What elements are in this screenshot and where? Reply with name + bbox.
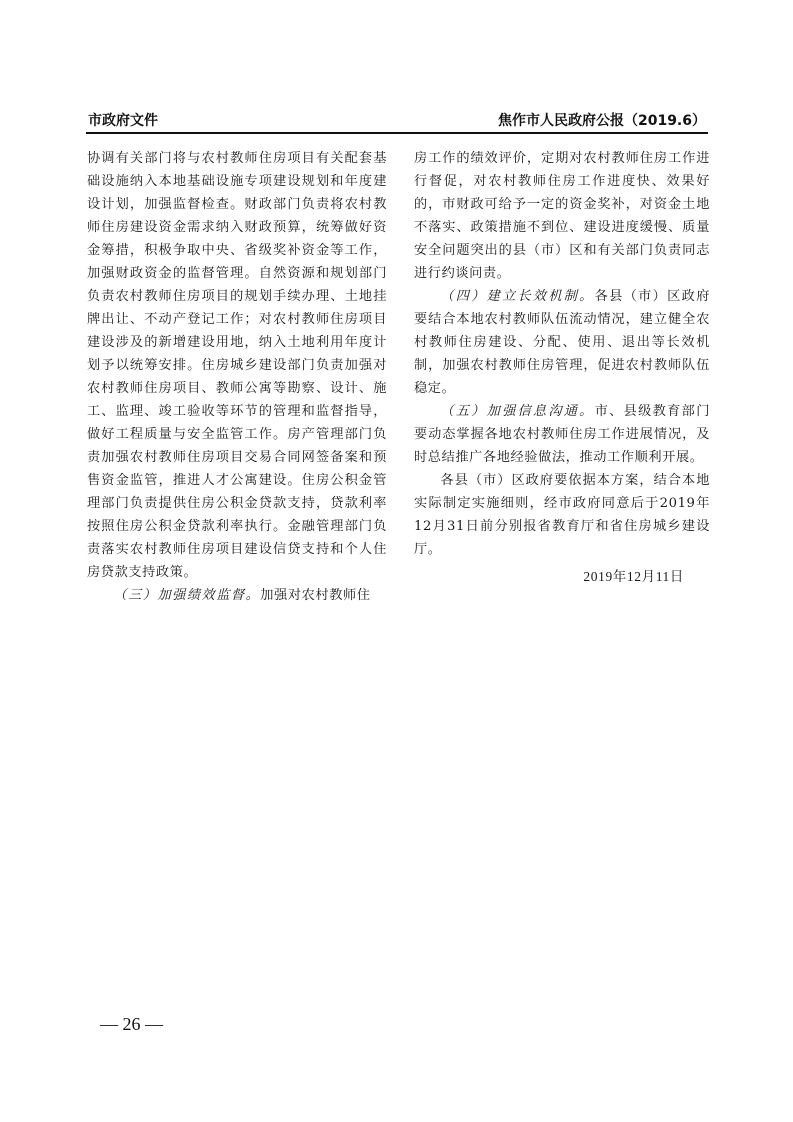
- subheading-long-term-mechanism: （四）建立长效机制。: [440, 289, 594, 304]
- left-column: 协调有关部门将与农村教师住房项目有关配套基础设施纳入本地基础设施专项建设规划和年…: [87, 147, 387, 607]
- paragraph-responsibilities: 协调有关部门将与农村教师住房项目有关配套基础设施纳入本地基础设施专项建设规划和年…: [87, 147, 387, 584]
- paragraph-long-term-mechanism: （四）建立长效机制。各县（市）区政府要结合本地农村教师队伍流动情况，建立健全农村…: [414, 285, 710, 400]
- header-section-label: 市政府文件: [88, 110, 158, 130]
- subheading-performance-supervision: （三）加强绩效监督。: [113, 588, 260, 603]
- issue-date: 2019年12月11日: [414, 565, 710, 588]
- paragraph-implementation-rules: 各县（市）区政府要依据本方案，结合本地实际制定实施细则，经市政府同意后于2019…: [414, 469, 710, 561]
- header-divider: [86, 132, 708, 134]
- paragraph-performance-supervision: （三）加强绩效监督。加强对农村教师住: [87, 584, 387, 607]
- paragraph-text: 加强对农村教师住: [260, 588, 370, 603]
- paragraph-performance-evaluation: 房工作的绩效评价，定期对农村教师住房工作进行督促，对农村教师住房工作进度快、效果…: [414, 147, 710, 285]
- header-publication-title: 焦作市人民政府公报（2019.6）: [498, 110, 706, 130]
- paragraph-information-communication: （五）加强信息沟通。市、县级教育部门要动态掌握各地农村教师住房工作进展情况，及时…: [414, 400, 710, 469]
- subheading-information-communication: （五）加强信息沟通。: [440, 404, 594, 419]
- paragraph-text: 各县（市）区政府要结合本地农村教师队伍流动情况，建立健全农村教师住房建设、分配、…: [414, 289, 710, 396]
- page-number: — 26 —: [100, 1014, 163, 1035]
- running-header: 市政府文件 焦作市人民政府公报（2019.6）: [86, 108, 708, 132]
- right-column: 房工作的绩效评价，定期对农村教师住房工作进行督促，对农村教师住房工作进度快、效果…: [414, 147, 710, 588]
